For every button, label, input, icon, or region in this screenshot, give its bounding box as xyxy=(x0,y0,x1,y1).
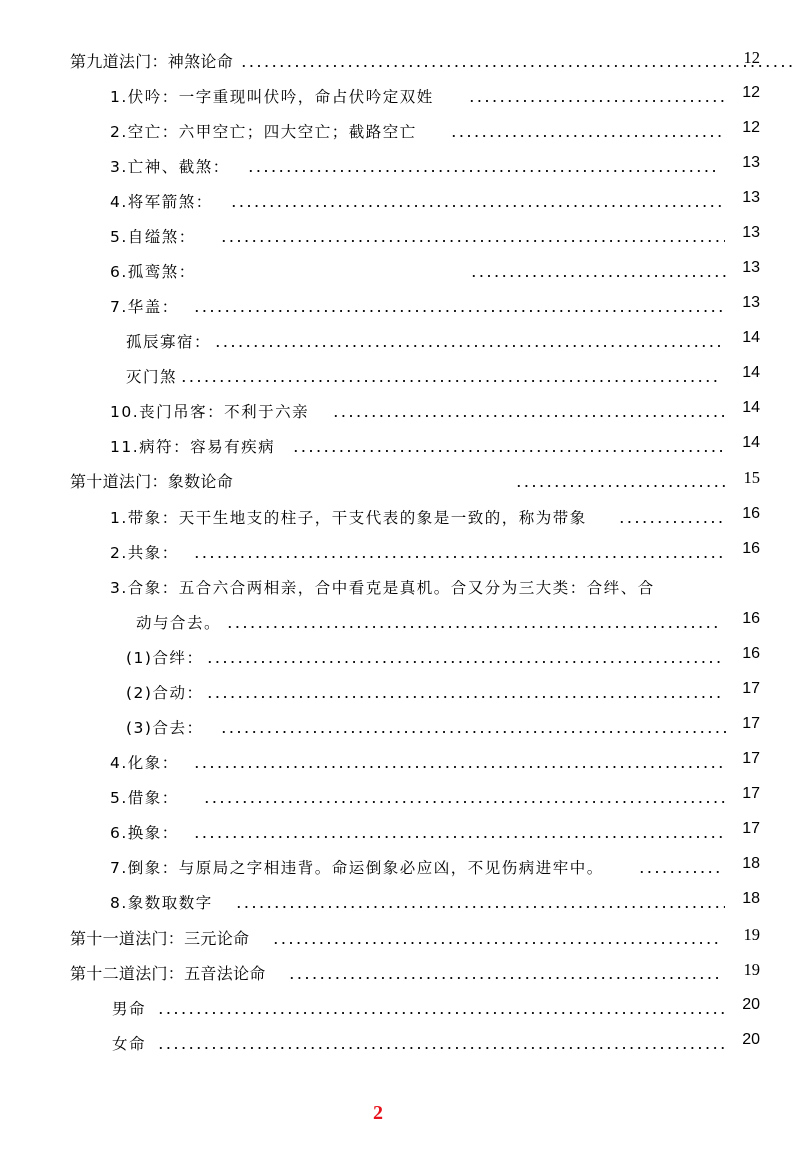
toc-entry-label: 第十一道法门：三元论命 xyxy=(70,928,249,950)
leader-dots xyxy=(288,976,720,980)
toc-entry-page: 20 xyxy=(742,994,760,1016)
toc-entry[interactable]: 6.换象： 17 xyxy=(110,818,760,844)
leader-dots xyxy=(450,134,725,138)
leader-dots xyxy=(470,274,728,278)
toc-entry-page: 13 xyxy=(742,187,760,209)
toc-entry-page: 13 xyxy=(742,292,760,314)
toc-entry-label: 男命 xyxy=(112,998,146,1020)
leader-dots xyxy=(247,169,717,173)
toc-entry-page: 17 xyxy=(742,748,760,770)
toc-entry-page: 13 xyxy=(742,152,760,174)
toc-entry-label: 6.孤鸾煞： xyxy=(110,261,196,283)
leader-dots xyxy=(206,695,722,699)
page-number: 2 xyxy=(373,1102,383,1125)
toc-entry-label: (3)合去： xyxy=(126,717,203,739)
toc-entry-label: 5.自缢煞： xyxy=(110,226,196,248)
leader-dots xyxy=(193,309,725,313)
leader-dots xyxy=(180,379,722,383)
toc-entry[interactable]: 7.华盖： 13 xyxy=(110,292,760,318)
leader-dots xyxy=(272,941,720,945)
toc-entry-continuation[interactable]: 动与合去。 16 xyxy=(136,608,760,634)
toc-entry-page: 20 xyxy=(742,1029,760,1051)
toc-entry-label: 7.华盖： xyxy=(110,296,179,318)
leader-dots xyxy=(157,1046,725,1050)
toc-entry-label: 7.倒象：与原局之字相违背。命运倒象必应凶，不见伤病进牢中。 xyxy=(110,857,604,879)
toc-entry-label: 灭门煞 xyxy=(126,366,177,388)
leader-dots xyxy=(618,520,724,524)
toc-entry-page: 17 xyxy=(742,783,760,805)
toc-entry[interactable]: 5.自缢煞： 13 xyxy=(110,222,760,248)
toc-entry-page: 16 xyxy=(742,608,760,630)
toc-entry-page: 16 xyxy=(742,538,760,560)
toc-entry-label: 第十二道法门：五音法论命 xyxy=(70,963,266,985)
toc-entry[interactable]: 8.象数取数字 18 xyxy=(110,888,760,914)
toc-entry-label: (2)合动： xyxy=(126,682,203,704)
toc-entry[interactable]: (3)合去： 17 xyxy=(126,713,760,739)
leader-dots xyxy=(292,449,725,453)
document-page: 第九道法门：神煞论命 12 1.伏吟：一字重现叫伏吟，命占伏吟定双姓 12 2.… xyxy=(0,0,811,1153)
toc-entry-page: 18 xyxy=(742,853,760,875)
leader-dots xyxy=(193,835,725,839)
leader-dots xyxy=(235,905,725,909)
leader-dots xyxy=(220,730,726,734)
toc-entry[interactable]: 3.亡神、截煞： 13 xyxy=(110,152,760,178)
toc-entry-label: 4.将军箭煞： xyxy=(110,191,213,213)
toc-entry-label: 孤辰寡宿： xyxy=(126,331,211,353)
toc-entry-label: 2.空亡：六甲空亡；四大空亡；截路空亡 xyxy=(110,121,417,143)
toc-entry-page: 14 xyxy=(742,327,760,349)
leader-dots xyxy=(220,239,725,243)
toc-entry-page: 17 xyxy=(742,713,760,735)
leader-dots xyxy=(230,204,725,208)
toc-entry-label: 11.病符：容易有疾病 xyxy=(110,436,275,458)
toc-entry[interactable]: 孤辰寡宿： 14 xyxy=(126,327,760,353)
leader-dots xyxy=(203,800,725,804)
toc-entry-page: 13 xyxy=(742,222,760,244)
toc-entry[interactable]: 5.借象： 17 xyxy=(110,783,760,809)
toc-entry-chapter-9[interactable]: 第九道法门：神煞论命 12 xyxy=(70,47,760,73)
toc-entry[interactable]: 10.丧门吊客：不利于六亲 14 xyxy=(110,397,760,423)
leader-dots xyxy=(515,484,727,488)
toc-entry-label: 4.化象： xyxy=(110,752,179,774)
toc-entry[interactable]: (1)合绊： 16 xyxy=(126,643,760,669)
toc-entry[interactable]: 男命 20 xyxy=(112,994,760,1020)
toc-entry-label: 6.换象： xyxy=(110,822,179,844)
toc-entry-label: 1.带象：天干生地支的柱子，干支代表的象是一致的，称为带象 xyxy=(110,507,587,529)
leader-dots xyxy=(638,870,724,874)
toc-entry-page: 17 xyxy=(742,818,760,840)
toc-entry-chapter-12[interactable]: 第十二道法门：五音法论命 19 xyxy=(70,959,760,985)
toc-entry-chapter-11[interactable]: 第十一道法门：三元论命 19 xyxy=(70,924,760,950)
toc-entry[interactable]: (2)合动： 17 xyxy=(126,678,760,704)
toc-entry[interactable]: 1.带象：天干生地支的柱子，干支代表的象是一致的，称为带象 16 xyxy=(110,503,760,529)
leader-dots xyxy=(240,64,795,68)
toc-entry-chapter-10[interactable]: 第十道法门：象数论命 15 xyxy=(70,467,760,493)
toc-entry-label: 女命 xyxy=(112,1033,146,1055)
leader-dots xyxy=(468,99,725,103)
toc-entry[interactable]: 2.空亡：六甲空亡；四大空亡；截路空亡 12 xyxy=(110,117,760,143)
leader-dots xyxy=(226,625,722,629)
toc-entry-page: 17 xyxy=(742,678,760,700)
toc-entry[interactable]: 灭门煞 14 xyxy=(126,362,760,388)
toc-entry[interactable]: 6.孤鸾煞： 13 xyxy=(110,257,760,283)
toc-entry-label: 动与合去。 xyxy=(136,612,221,634)
leader-dots xyxy=(206,660,722,664)
toc-entry[interactable]: 4.化象： 17 xyxy=(110,748,760,774)
leader-dots xyxy=(157,1011,725,1015)
toc-entry[interactable]: 女命 20 xyxy=(112,1029,760,1055)
toc-entry[interactable]: 4.将军箭煞： 13 xyxy=(110,187,760,213)
toc-entry-page: 16 xyxy=(742,503,760,525)
toc-entry-label: 5.借象： xyxy=(110,787,179,809)
toc-entry-page: 13 xyxy=(742,257,760,279)
toc-entry-label: 第九道法门：神煞论命 xyxy=(70,51,233,73)
toc-entry-label: 1.伏吟：一字重现叫伏吟，命占伏吟定双姓 xyxy=(110,86,434,108)
toc-entry-page: 12 xyxy=(744,47,761,69)
leader-dots xyxy=(193,555,725,559)
toc-entry-page: 19 xyxy=(744,959,761,981)
toc-entry-page: 12 xyxy=(742,117,760,139)
toc-entry-page: 16 xyxy=(742,643,760,665)
toc-entry-label: 3.合象：五合六合两相亲，合中看克是真机。合又分为三大类：合绊、合 xyxy=(110,577,655,599)
toc-entry[interactable]: 11.病符：容易有疾病 14 xyxy=(110,432,760,458)
toc-entry[interactable]: 2.共象： 16 xyxy=(110,538,760,564)
toc-entry[interactable]: 1.伏吟：一字重现叫伏吟，命占伏吟定双姓 12 xyxy=(110,82,760,108)
toc-entry-label: 第十道法门：象数论命 xyxy=(70,471,233,493)
toc-entry-page: 19 xyxy=(744,924,761,946)
leader-dots xyxy=(332,414,725,418)
toc-entry[interactable]: 3.合象：五合六合两相亲，合中看克是真机。合又分为三大类：合绊、合 xyxy=(110,573,760,599)
toc-entry-page: 14 xyxy=(742,362,760,384)
toc-entry-page: 18 xyxy=(742,888,760,910)
toc-entry-label: 8.象数取数字 xyxy=(110,892,213,914)
toc-entry-page: 14 xyxy=(742,432,760,454)
toc-entry[interactable]: 7.倒象：与原局之字相违背。命运倒象必应凶，不见伤病进牢中。 18 xyxy=(110,853,760,879)
toc-entry-page: 12 xyxy=(742,82,760,104)
toc-entry-page: 14 xyxy=(742,397,760,419)
leader-dots xyxy=(193,765,725,769)
toc-entry-page: 15 xyxy=(744,467,761,489)
toc-entry-label: 2.共象： xyxy=(110,542,179,564)
toc-entry-label: 3.亡神、截煞： xyxy=(110,156,230,178)
toc-entry-label: 10.丧门吊客：不利于六亲 xyxy=(110,401,309,423)
toc-entry-label: (1)合绊： xyxy=(126,647,203,669)
leader-dots xyxy=(214,344,722,348)
